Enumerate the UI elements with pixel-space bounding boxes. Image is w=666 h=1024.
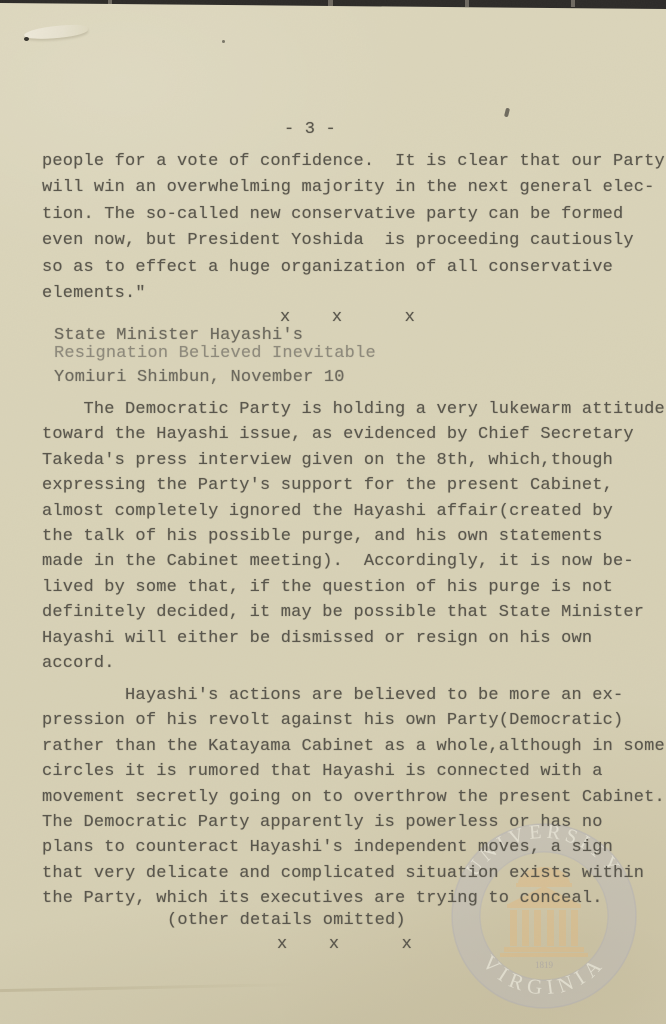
paragraph-hayashi-actions: Hayashi's actions are believed to be mor…: [42, 683, 665, 912]
stray-ink-mark: [504, 108, 510, 118]
article-heading-line2: Resignation Believed Inevitable: [54, 345, 376, 363]
paragraph-democratic-party-attitude: The Democratic Party is holding a very l…: [42, 397, 665, 676]
paper-sheet: UNIVERSITY VIRGINIA: [0, 0, 666, 1024]
seal-year: 1819: [535, 960, 554, 970]
paragraph-yoshida-statement: people for a vote of confidence. It is c…: [42, 149, 665, 307]
page-number: - 3 -: [284, 117, 336, 143]
section-separator: x x x: [277, 932, 412, 958]
article-heading-line1: State Minister Hayashi's: [54, 327, 303, 345]
paper-crease: [0, 983, 300, 992]
ink-speck: [24, 37, 29, 41]
omitted-details-note: (other details omitted): [167, 908, 406, 934]
ink-speck: [222, 40, 225, 43]
article-source-line: Yomiuri Shimbun, November 10: [54, 369, 345, 387]
scanner-band-gap: [571, 0, 575, 7]
scanner-band-gap: [465, 0, 469, 7]
scanned-document-page: UNIVERSITY VIRGINIA: [0, 0, 666, 1024]
paper-tear-mark: [24, 23, 89, 41]
scanner-band-gap: [328, 0, 333, 7]
